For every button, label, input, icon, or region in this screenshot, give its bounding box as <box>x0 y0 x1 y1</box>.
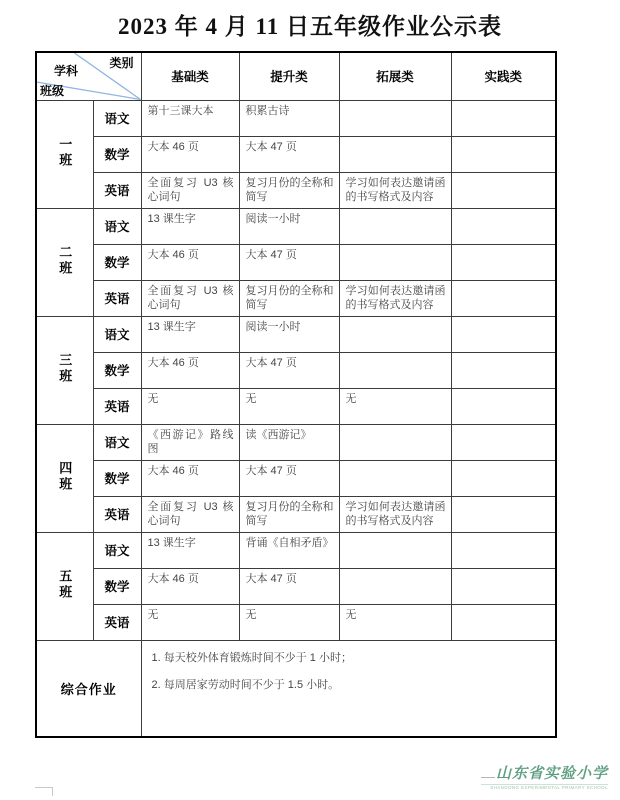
summary-line: 2. 每周居家劳动时间不少于 1.5 小时。 <box>152 678 546 692</box>
homework-cell <box>451 388 556 424</box>
homework-row: 英语无无无 <box>36 604 556 640</box>
homework-cell: 第十三课大本 <box>141 100 239 136</box>
corner-header-cell: 类别 学科 班级 <box>36 52 141 100</box>
homework-row: 数学大本 46 页大本 47 页 <box>36 352 556 388</box>
class-label: 四班 <box>36 424 93 532</box>
homework-row: 英语全面复习 U3 核心词句复习月份的全称和简写学习如何表达邀请函的书写格式及内… <box>36 496 556 532</box>
homework-cell <box>451 424 556 460</box>
homework-cell: 无 <box>339 388 451 424</box>
homework-cell <box>451 604 556 640</box>
homework-row: 四班语文《西游记》路线图读《西游记》 <box>36 424 556 460</box>
column-header-practice: 实践类 <box>451 52 556 100</box>
homework-cell <box>339 460 451 496</box>
homework-cell: 13 课生字 <box>141 316 239 352</box>
homework-cell <box>451 136 556 172</box>
homework-cell: 大本 46 页 <box>141 136 239 172</box>
class-label-text: 四班 <box>55 461 74 493</box>
homework-cell <box>451 280 556 316</box>
class-label-text: 五班 <box>55 569 74 601</box>
homework-cell: 无 <box>339 604 451 640</box>
homework-cell: 积累古诗 <box>239 100 339 136</box>
homework-cell: 大本 46 页 <box>141 244 239 280</box>
subject-label: 数学 <box>93 568 141 604</box>
corner-label-class: 班级 <box>40 85 64 97</box>
homework-cell <box>451 532 556 568</box>
homework-cell: 13 课生字 <box>141 532 239 568</box>
homework-cell: 全面复习 U3 核心词句 <box>141 172 239 208</box>
subject-label: 英语 <box>93 280 141 316</box>
homework-cell <box>451 352 556 388</box>
homework-cell <box>451 100 556 136</box>
subject-label: 英语 <box>93 388 141 424</box>
homework-row: 数学大本 46 页大本 47 页 <box>36 460 556 496</box>
corner-label-category: 类别 <box>109 57 133 69</box>
homework-row: 数学大本 46 页大本 47 页 <box>36 136 556 172</box>
column-header-expand: 拓展类 <box>339 52 451 100</box>
summary-content: 1. 每天校外体育锻炼时间不少于 1 小时；2. 每周居家劳动时间不少于 1.5… <box>141 640 556 737</box>
class-label-text: 三班 <box>55 353 74 385</box>
homework-cell: 大本 46 页 <box>141 460 239 496</box>
homework-cell: 复习月份的全称和简写 <box>239 172 339 208</box>
homework-cell: 学习如何表达邀请函的书写格式及内容 <box>339 172 451 208</box>
subject-label: 语文 <box>93 100 141 136</box>
homework-row: 三班语文13 课生字阅读一小时 <box>36 316 556 352</box>
homework-cell: 全面复习 U3 核心词句 <box>141 496 239 532</box>
homework-cell: 阅读一小时 <box>239 316 339 352</box>
subject-label: 数学 <box>93 460 141 496</box>
corner-label-subject: 学科 <box>54 65 78 77</box>
homework-cell <box>451 316 556 352</box>
homework-cell: 大本 47 页 <box>239 568 339 604</box>
class-label-text: 二班 <box>55 245 74 277</box>
homework-cell <box>339 424 451 460</box>
homework-cell: 无 <box>239 604 339 640</box>
homework-row: 数学大本 46 页大本 47 页 <box>36 244 556 280</box>
class-label: 一班 <box>36 100 93 208</box>
homework-cell: 学习如何表达邀请函的书写格式及内容 <box>339 280 451 316</box>
watermark-dash <box>481 777 495 778</box>
homework-cell: 大本 47 页 <box>239 352 339 388</box>
homework-cell: 13 课生字 <box>141 208 239 244</box>
homework-cell <box>339 136 451 172</box>
document-page: { "page": { "title": "2023 年 4 月 11 日五年级… <box>0 0 620 800</box>
homework-cell: 大本 46 页 <box>141 352 239 388</box>
column-header-basic: 基础类 <box>141 52 239 100</box>
homework-cell: 大本 47 页 <box>239 244 339 280</box>
homework-cell <box>451 568 556 604</box>
homework-row: 数学大本 46 页大本 47 页 <box>36 568 556 604</box>
homework-cell: 大本 47 页 <box>239 460 339 496</box>
homework-cell: 《西游记》路线图 <box>141 424 239 460</box>
subject-label: 英语 <box>93 172 141 208</box>
homework-cell <box>451 172 556 208</box>
homework-cell: 全面复习 U3 核心词句 <box>141 280 239 316</box>
homework-cell <box>339 316 451 352</box>
subject-label: 数学 <box>93 136 141 172</box>
class-label: 三班 <box>36 316 93 424</box>
homework-cell: 大本 46 页 <box>141 568 239 604</box>
homework-cell <box>451 496 556 532</box>
subject-label: 语文 <box>93 424 141 460</box>
homework-row: 英语全面复习 U3 核心词句复习月份的全称和简写学习如何表达邀请函的书写格式及内… <box>36 280 556 316</box>
class-label: 五班 <box>36 532 93 640</box>
school-watermark: 山东省实验小学 SHANDONG EXPERIMENTAL PRIMARY SC… <box>481 767 608 791</box>
homework-cell <box>339 352 451 388</box>
class-label-text: 一班 <box>55 137 74 169</box>
class-label: 二班 <box>36 208 93 316</box>
homework-cell: 无 <box>141 604 239 640</box>
homework-cell: 无 <box>239 388 339 424</box>
homework-cell <box>339 568 451 604</box>
column-header-improve: 提升类 <box>239 52 339 100</box>
school-name: 山东省实验小学 <box>496 767 608 782</box>
homework-cell <box>339 100 451 136</box>
homework-cell: 背诵《自相矛盾》 <box>239 532 339 568</box>
summary-line: 1. 每天校外体育锻炼时间不少于 1 小时； <box>152 651 546 665</box>
subject-label: 语文 <box>93 532 141 568</box>
homework-cell: 学习如何表达邀请函的书写格式及内容 <box>339 496 451 532</box>
subject-label: 英语 <box>93 604 141 640</box>
summary-label: 综合作业 <box>36 640 141 737</box>
homework-row: 一班语文第十三课大本积累古诗 <box>36 100 556 136</box>
homework-cell: 阅读一小时 <box>239 208 339 244</box>
homework-cell <box>339 532 451 568</box>
homework-cell <box>451 244 556 280</box>
subject-label: 语文 <box>93 316 141 352</box>
page-corner-mark <box>35 787 53 796</box>
homework-table: 类别 学科 班级 基础类 提升类 拓展类 实践类 一班语文第十三课大本积累古诗数… <box>35 51 557 738</box>
homework-row: 英语全面复习 U3 核心词句复习月份的全称和简写学习如何表达邀请函的书写格式及内… <box>36 172 556 208</box>
subject-label: 数学 <box>93 352 141 388</box>
homework-cell: 读《西游记》 <box>239 424 339 460</box>
homework-cell <box>339 208 451 244</box>
subject-label: 英语 <box>93 496 141 532</box>
homework-row: 二班语文13 课生字阅读一小时 <box>36 208 556 244</box>
homework-cell: 复习月份的全称和简写 <box>239 496 339 532</box>
page-title: 2023 年 4 月 11 日五年级作业公示表 <box>0 8 620 41</box>
table-header-row: 类别 学科 班级 基础类 提升类 拓展类 实践类 <box>36 52 556 100</box>
subject-label: 数学 <box>93 244 141 280</box>
homework-cell: 无 <box>141 388 239 424</box>
school-name-english: SHANDONG EXPERIMENTAL PRIMARY SCHOOL <box>481 784 608 791</box>
homework-cell <box>451 460 556 496</box>
subject-label: 语文 <box>93 208 141 244</box>
homework-cell: 大本 47 页 <box>239 136 339 172</box>
homework-cell: 复习月份的全称和简写 <box>239 280 339 316</box>
homework-row: 五班语文13 课生字背诵《自相矛盾》 <box>36 532 556 568</box>
summary-row: 综合作业1. 每天校外体育锻炼时间不少于 1 小时；2. 每周居家劳动时间不少于… <box>36 640 556 737</box>
homework-cell <box>339 244 451 280</box>
homework-cell <box>451 208 556 244</box>
homework-row: 英语无无无 <box>36 388 556 424</box>
